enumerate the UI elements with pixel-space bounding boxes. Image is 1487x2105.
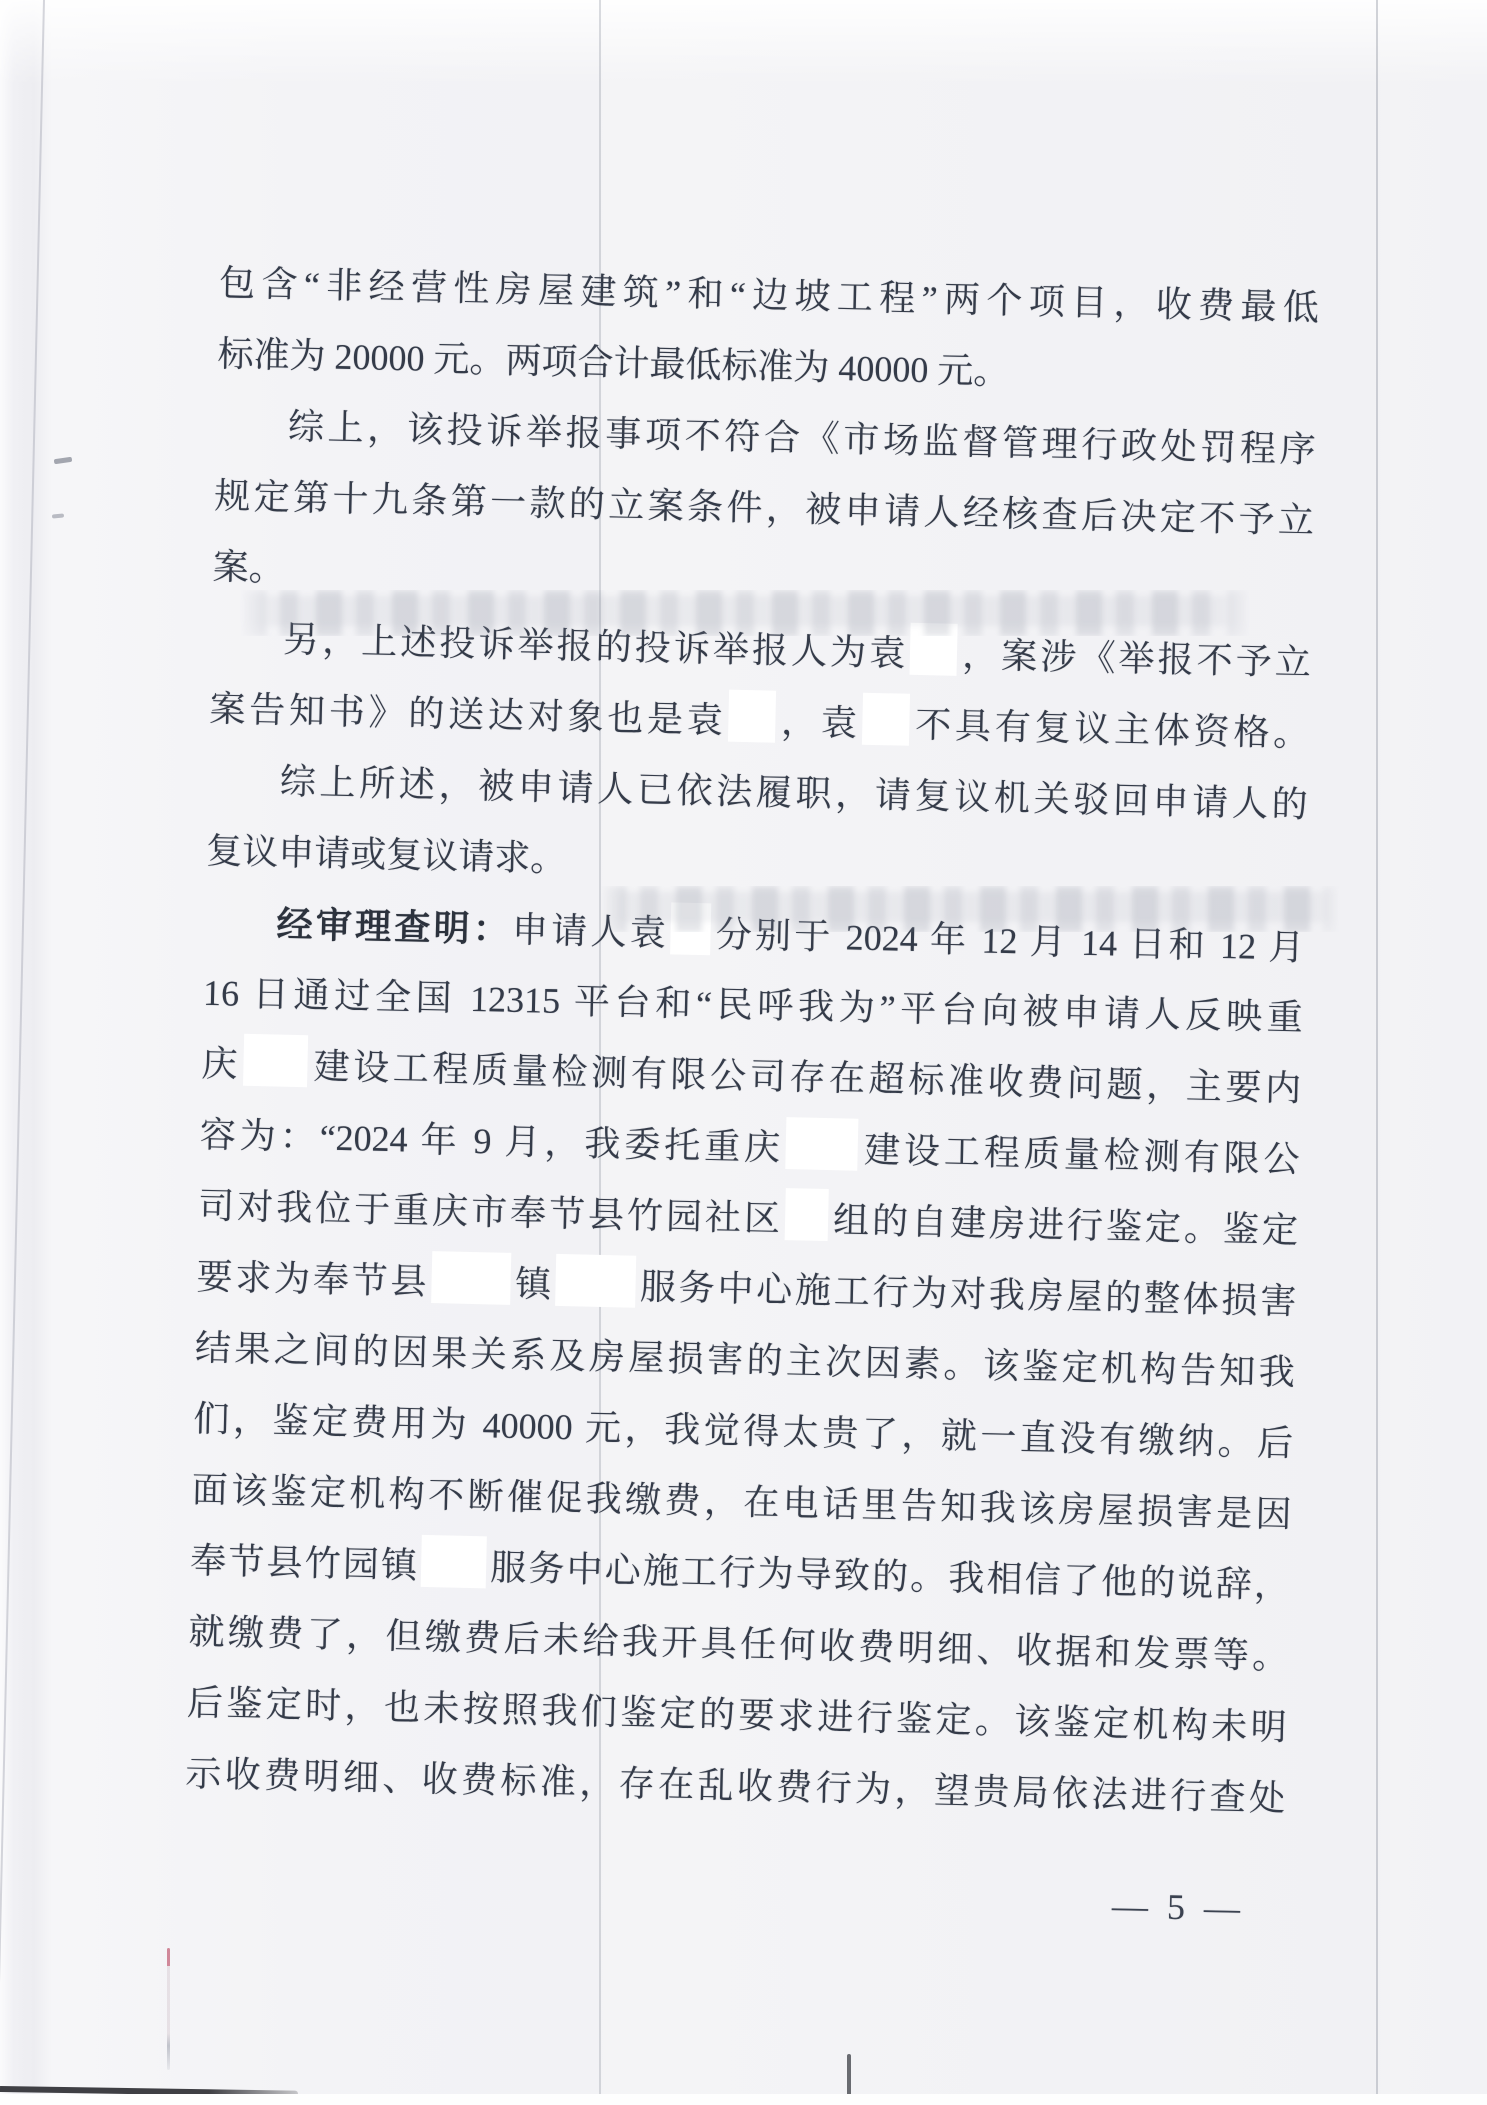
text-run: 包含“非经营性房屋建筑”和“边坡工程”两个项目，收费最低 [219,263,1320,328]
text-run: 案告知书》的送达对象也是袁 [209,689,727,741]
scan-artifact [54,457,73,464]
redaction-box [421,1535,487,1588]
text-run: 要求为奉节县 [196,1257,430,1302]
text-run: 司对我位于重庆市奉节县竹园社区 [198,1186,784,1239]
text-run: 组的自建房进行鉴定。鉴定 [830,1200,1299,1251]
scan-artifact [847,2054,851,2098]
text-run: 奉节县竹园镇 [190,1541,420,1586]
scan-artifact [52,513,64,518]
text-run: 庆 [201,1044,242,1085]
bleedthrough-smudge [240,590,1250,636]
bleedthrough-smudge [600,886,1340,932]
text-run: ，案涉《举报不予立 [959,635,1312,683]
text-run: 容为：“2024 年 9 月，我委托重庆 [199,1115,784,1168]
redaction-box [728,690,776,743]
redaction-box [785,1188,829,1241]
text-run: 建设工程质量检测有限公司存在超标准收费问题，主要内 [309,1046,1301,1108]
text-run: 不具有复议主体资格。 [911,705,1310,754]
document-text-block: 包含“非经营性房屋建筑”和“边坡工程”两个项目，收费最低标准为 20000 元。… [185,248,1320,1835]
redaction-box [862,693,910,746]
text-run: 建设工程质量检测有限公 [860,1130,1300,1180]
page-left-edge [0,0,45,2105]
page-number: — 5 — [1112,1885,1246,1930]
text-run: 标准为 20000 元。两项合计最低标准为 40000 元。 [217,334,1010,392]
document-lines: 包含“非经营性房屋建筑”和“边坡工程”两个项目，收费最低标准为 20000 元。… [185,248,1320,1835]
text-run: 案。 [212,547,285,589]
text-run: 规定第十九条第一款的立案条件，被申请人经核查后决定不予立 [214,476,1315,541]
text-run: 复议申请或复议请求。 [206,831,567,879]
text-run: 服务中心施工行为对我房屋的整体损害 [637,1267,1297,1322]
redaction-box [431,1251,511,1305]
text-run: 面该鉴定机构不断催促我缴费，在电话里告知我该房屋损害是因 [191,1470,1292,1535]
text-run: 们，鉴定费用为 40000 元，我觉得太贵了，就一直没有缴纳。后 [193,1399,1294,1464]
scan-artifact [167,1948,170,2070]
text-run: 后鉴定时，也未按照我们鉴定的要求进行鉴定。该鉴定机构未明 [187,1683,1288,1748]
text-run: 16 日通过全国 12315 平台和“民呼我为”平台向被申请人反映重 [203,973,1304,1038]
redaction-box [243,1034,309,1087]
scanned-page: 包含“非经营性房屋建筑”和“边坡工程”两个项目，收费最低标准为 20000 元。… [0,0,1487,2094]
redaction-box [786,1117,859,1171]
text-run: 服务中心施工行为导致的。我相信了他的说辞， [488,1547,1291,1605]
text-run: 镇 [512,1264,554,1305]
text-run: 综上所述，被申请人已依法履职，请复议机关驳回申请人的 [279,762,1308,825]
paper-crease-line [1376,0,1378,2094]
text-run: 就缴费了，但缴费后未给我开具任何收费明细、收据和发票等。 [188,1612,1289,1677]
section-heading: 经审理查明： [276,903,512,949]
text-run: 综上，该投诉举报事项不符合《市场监督管理行政处罚程序 [288,407,1317,470]
redaction-box [556,1254,636,1308]
scanner-background [0,2094,1487,2105]
text-run: ，袁 [777,702,861,744]
text-run: 示收费明细、收费标准，存在乱收费行为，望贵局依法进行查处 [185,1754,1286,1819]
text-run: 结果之间的因果关系及房屋损害的主次因素。该鉴定机构告知我 [195,1328,1296,1393]
